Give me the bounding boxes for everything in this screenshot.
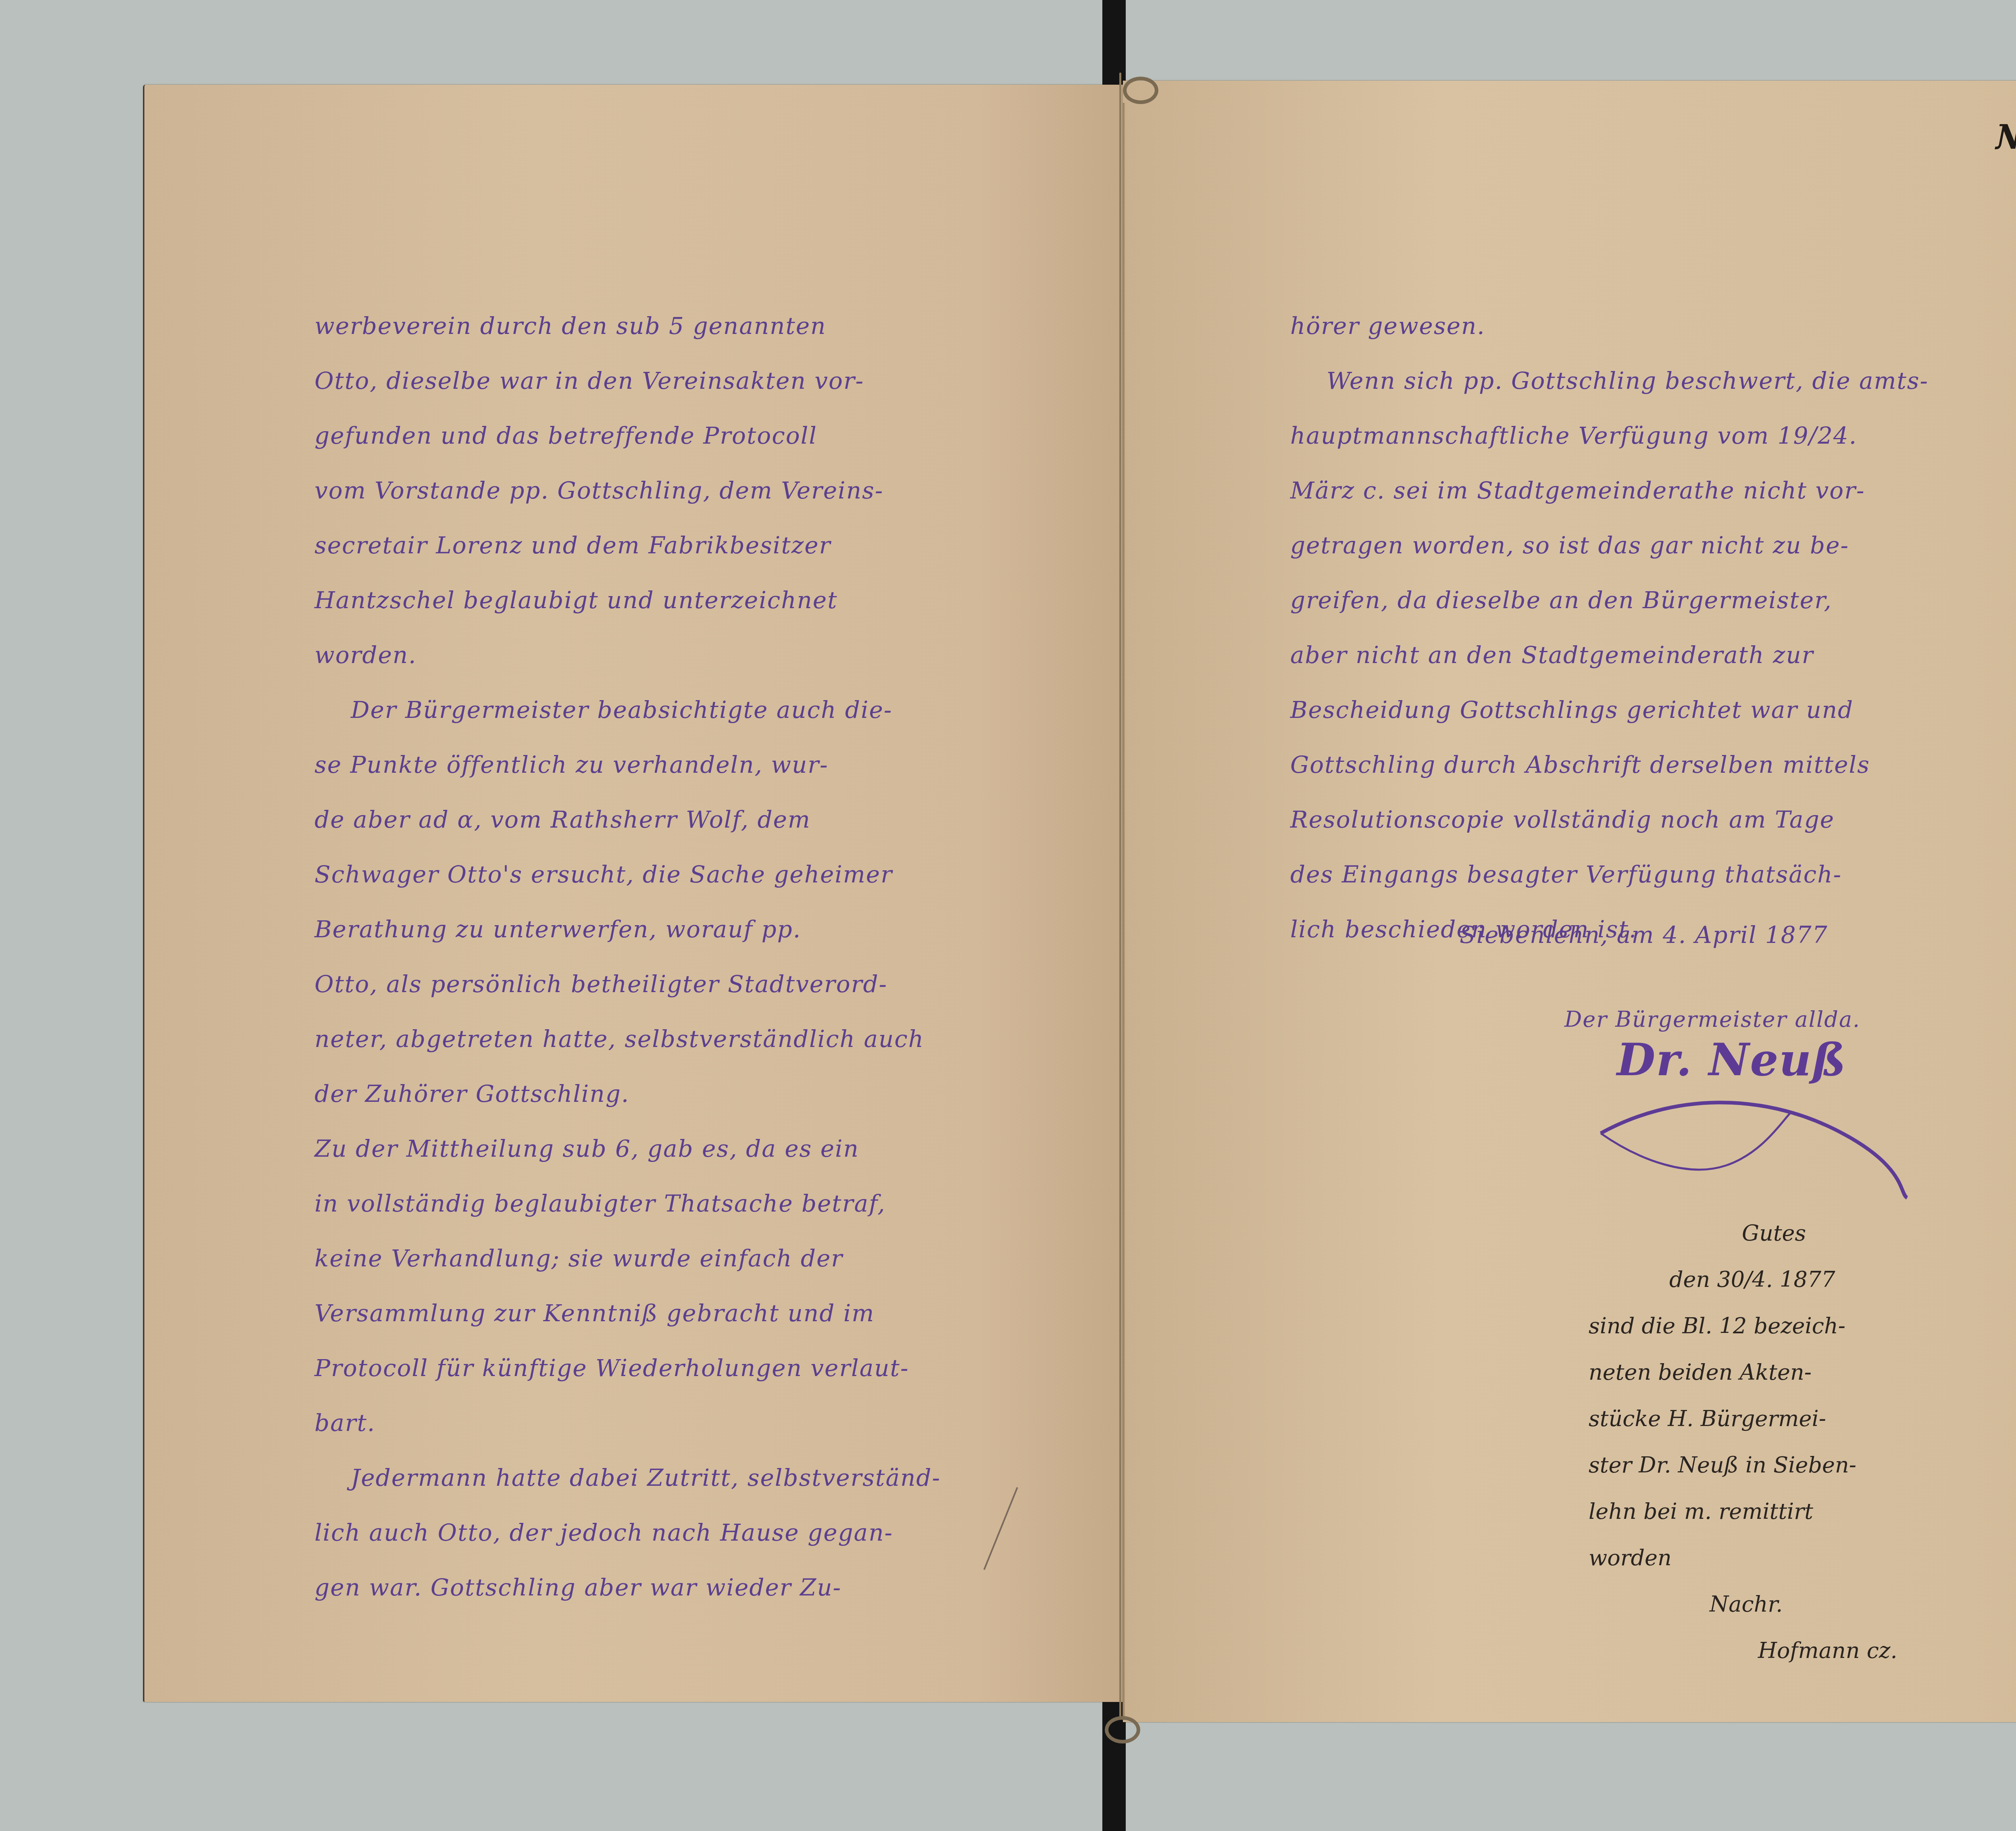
text-line: neter, abgetreten hatte, selbstverständl…: [314, 1011, 1113, 1066]
text-line: gefunden und das betreffende Protocoll: [314, 408, 1113, 463]
annotation-line: ster Dr. Neuß in Sieben-: [1589, 1442, 2016, 1488]
annotation-line: Hofmann cz.: [1589, 1627, 2016, 1674]
text-line: März c. sei im Stadtgemeinderathe nicht …: [1290, 463, 2016, 518]
text-line: gen war. Gottschling aber war wieder Zu-: [314, 1560, 1113, 1615]
text-line: Schwager Otto's ersucht, die Sache gehei…: [314, 847, 1113, 902]
place-date: Siebenlehn, am 4. April 1877: [1460, 907, 1828, 962]
text-line: der Zuhörer Gottschling.: [314, 1066, 1113, 1121]
folio-number: № 8.: [1996, 117, 2016, 157]
text-line: Berathung zu unterwerfen, worauf pp.: [314, 902, 1113, 957]
text-line: Der Bürgermeister beabsichtigte auch die…: [314, 682, 1113, 737]
annotation-line: Nachr.: [1589, 1581, 2016, 1627]
text-line: Resolutionscopie vollständig noch am Tag…: [1290, 792, 2016, 847]
page-fold: [1123, 103, 1125, 1720]
text-line: se Punkte öffentlich zu verhandeln, wur-: [314, 737, 1113, 792]
text-line: hörer gewesen.: [1290, 298, 2016, 353]
text-line: werbeverein durch den sub 5 genannten: [314, 298, 1113, 353]
text-line: keine Verhandlung; sie wurde einfach der: [314, 1231, 1113, 1286]
text-line: secretair Lorenz und dem Fabrikbesitzer: [314, 518, 1113, 573]
annotation-line: lehn bei m. remittirt: [1589, 1488, 2016, 1535]
text-line: worden.: [314, 628, 1113, 682]
text-line: Protocoll für künftige Wiederholungen ve…: [314, 1341, 1113, 1395]
text-line: Gottschling durch Abschrift derselben mi…: [1290, 737, 2016, 792]
string-knot-bottom: [1105, 1716, 1140, 1743]
text-line: Zu der Mittheilung sub 6, gab es, da es …: [314, 1121, 1113, 1176]
right-page-text: hörer gewesen. Wenn sich pp. Gottschling…: [1290, 298, 2016, 957]
text-line: Versammlung zur Kenntniß gebracht und im: [314, 1286, 1113, 1341]
signature-flourish-icon: [1593, 1097, 1915, 1202]
binding-string: [1119, 73, 1121, 1718]
text-line: de aber ad α, vom Rathsherr Wolf, dem: [314, 792, 1113, 847]
marginal-annotation: Gutes den 30/4. 1877 sind die Bl. 12 bez…: [1589, 1210, 2016, 1674]
text-line: Otto, als persönlich betheiligter Stadtv…: [314, 957, 1113, 1011]
text-line: des Eingangs besagter Verfügung thatsäch…: [1290, 847, 2016, 902]
text-line: bart.: [314, 1395, 1113, 1450]
annotation-line: Gutes: [1589, 1210, 2016, 1256]
text-line: Wenn sich pp. Gottschling beschwert, die…: [1290, 353, 2016, 408]
text-line: Bescheidung Gottschlings gerichtet war u…: [1290, 682, 2016, 737]
text-line: hauptmannschaftliche Verfügung vom 19/24…: [1290, 408, 2016, 463]
text-line: greifen, da dieselbe an den Bürgermeiste…: [1290, 573, 2016, 628]
text-line: lich auch Otto, der jedoch nach Hause ge…: [314, 1505, 1113, 1560]
text-line: Hantzschel beglaubigt und unterzeichnet: [314, 573, 1113, 628]
text-line: vom Vorstande pp. Gottschling, dem Verei…: [314, 463, 1113, 518]
text-line: aber nicht an den Stadtgemeinderath zur: [1290, 628, 2016, 682]
text-line: Otto, dieselbe war in den Vereinsakten v…: [314, 353, 1113, 408]
text-line: getragen worden, so ist das gar nicht zu…: [1290, 518, 2016, 573]
annotation-line: stücke H. Bürgermei-: [1589, 1395, 2016, 1442]
string-knot-top: [1123, 77, 1158, 104]
annotation-line: worden: [1589, 1535, 2016, 1581]
left-page-text: werbeverein durch den sub 5 genannten Ot…: [314, 298, 1113, 1615]
annotation-line: neten beiden Akten-: [1589, 1349, 2016, 1395]
text-line: Jedermann hatte dabei Zutritt, selbstver…: [314, 1450, 1113, 1505]
annotation-line: sind die Bl. 12 bezeich-: [1589, 1303, 2016, 1349]
annotation-line: den 30/4. 1877: [1589, 1256, 2016, 1303]
mayor-signature: Dr. Neuß: [1617, 1032, 1847, 1087]
text-line: in vollständig beglaubigter Thatsache be…: [314, 1176, 1113, 1231]
